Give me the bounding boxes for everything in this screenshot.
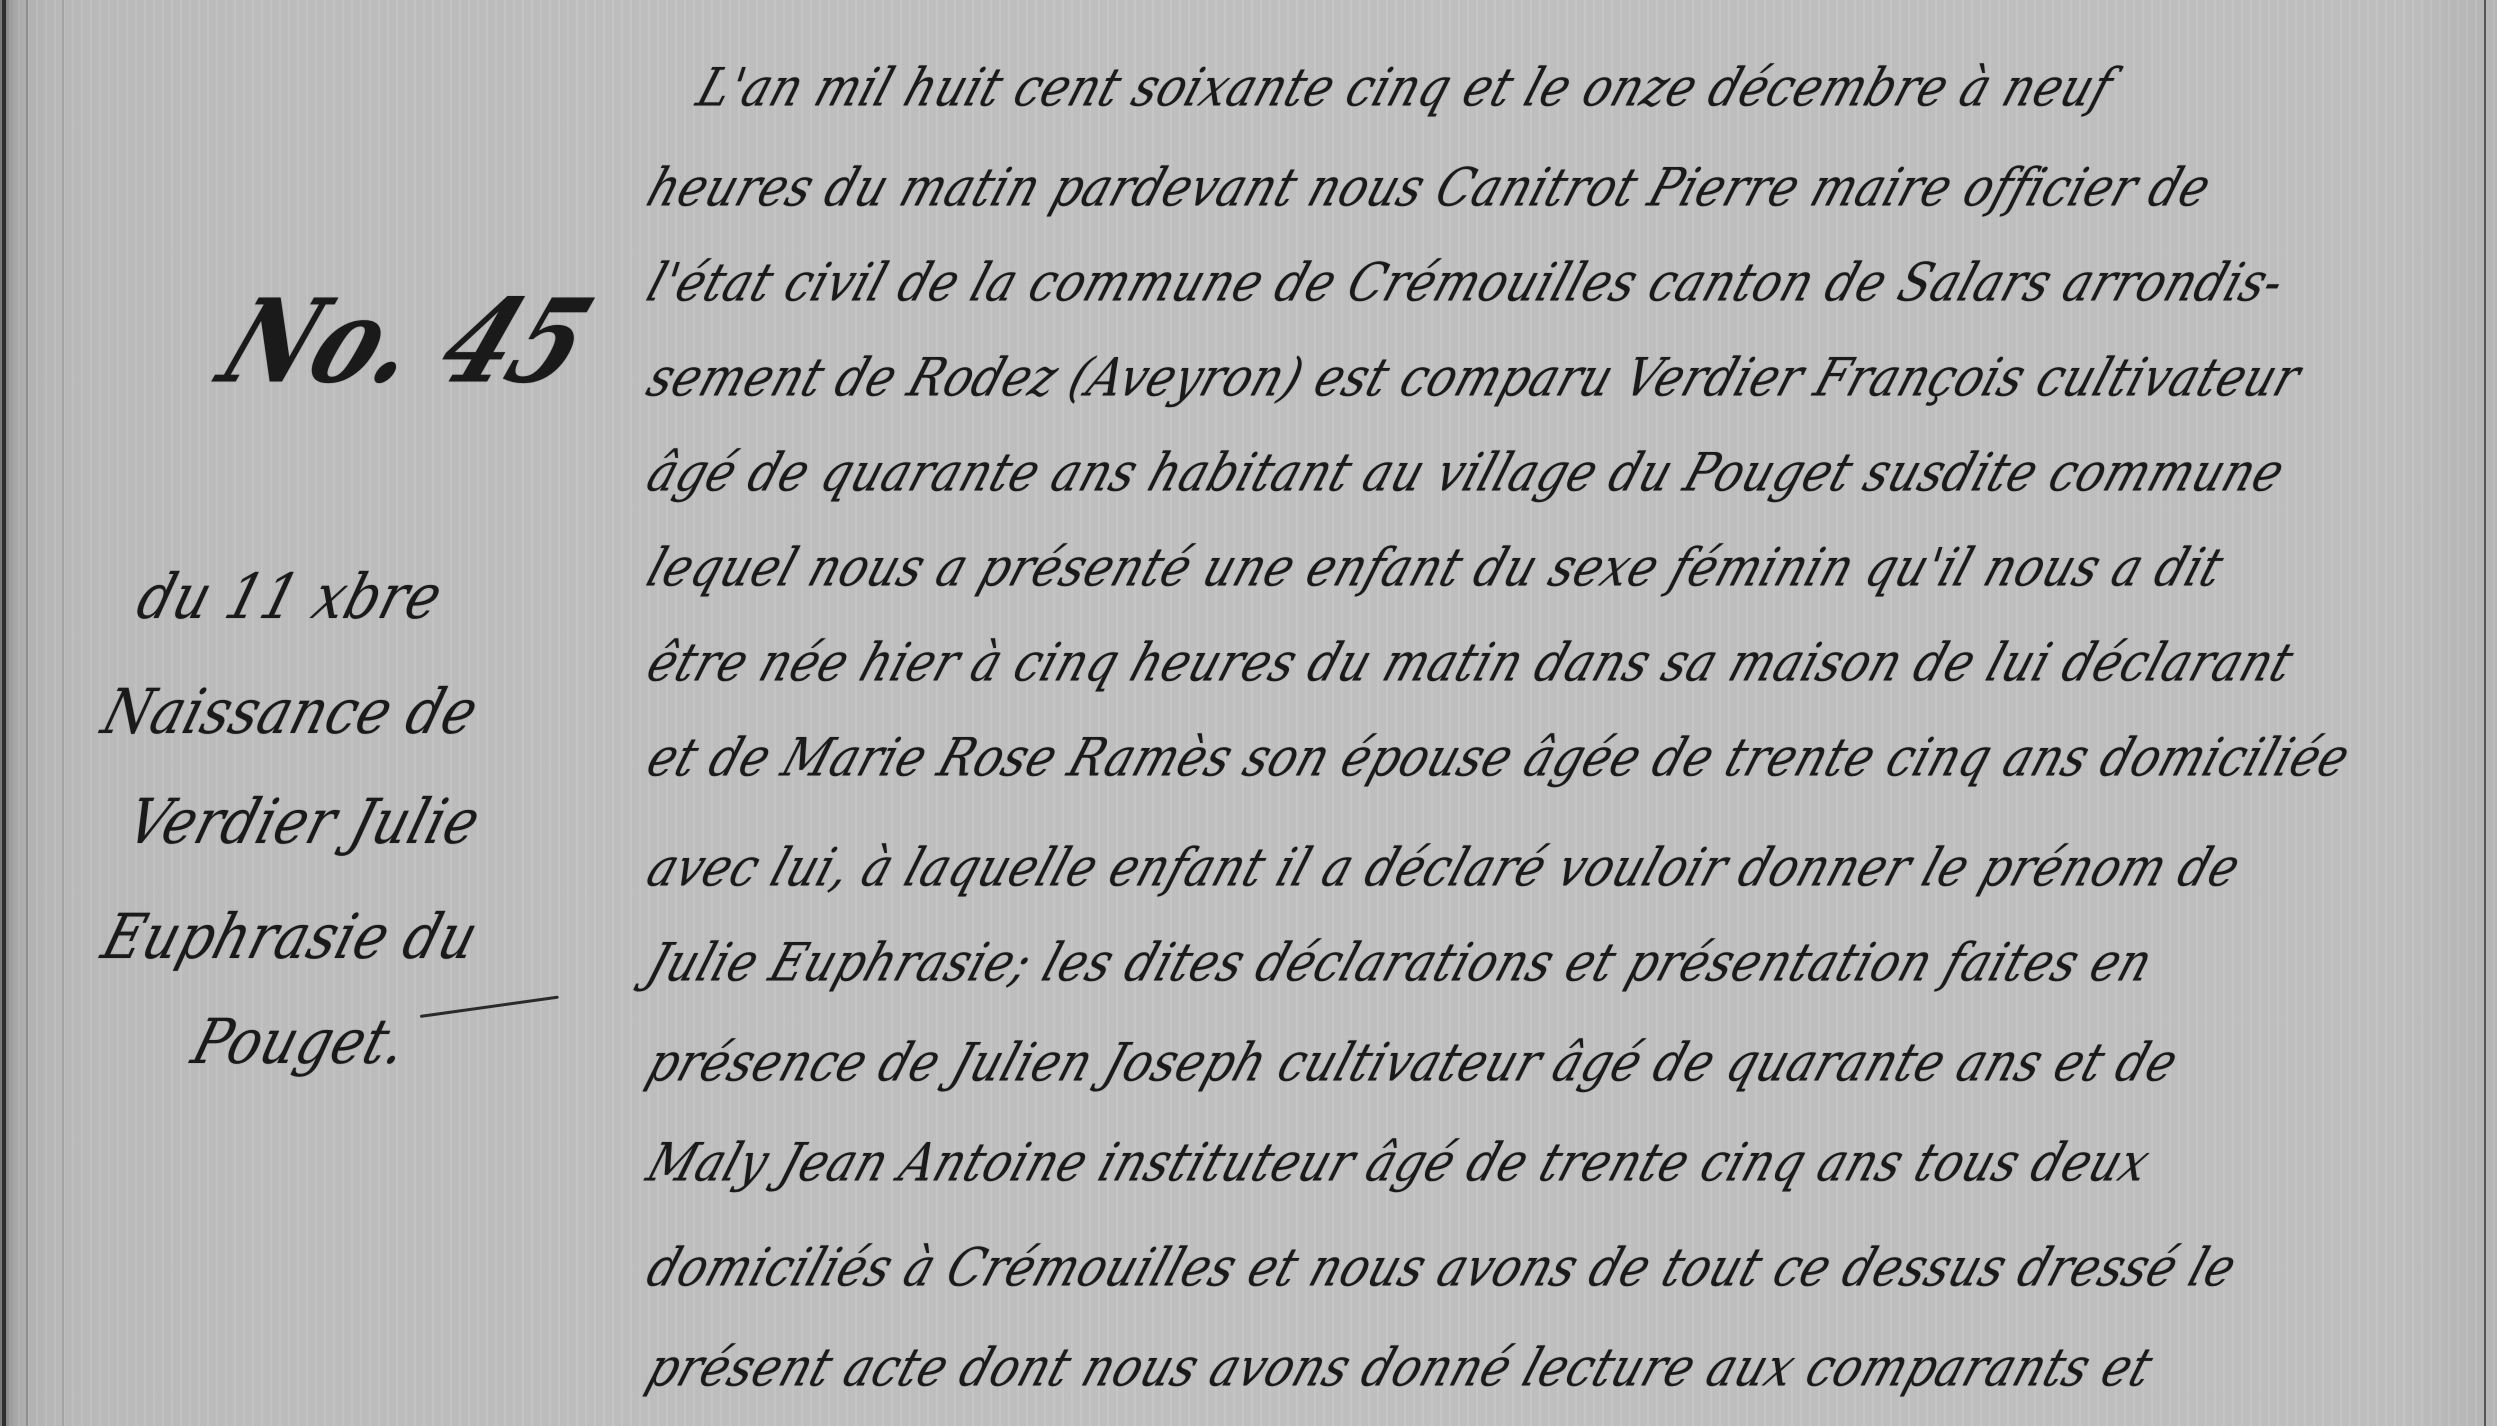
margin-fold-line bbox=[62, 0, 64, 1426]
scanned-register-page: No. 45 du 11 xbre Naissance de Verdier J… bbox=[0, 0, 2497, 1426]
body-line-10: Julie Euphrasie; les dites déclarations … bbox=[640, 931, 2161, 993]
body-line-9: avec lui, à laquelle enfant il a déclaré… bbox=[640, 836, 2248, 898]
margin-line-place: Pouget. bbox=[185, 1005, 416, 1077]
body-line-1: L'an mil huit cent soixante cinq et le o… bbox=[690, 56, 2121, 118]
body-line-3: l'état civil de la commune de Crémouille… bbox=[640, 251, 2292, 313]
page-binding-shadow bbox=[26, 0, 28, 1426]
margin-flourish bbox=[420, 996, 559, 1018]
body-line-7: être née hier à cinq heures du matin dan… bbox=[640, 631, 2302, 693]
margin-line-given-name: Euphrasie du bbox=[95, 900, 487, 972]
margin-line-title: Naissance de bbox=[95, 675, 487, 747]
page-binding-edge bbox=[2, 0, 6, 1426]
margin-line-surname: Verdier Julie bbox=[120, 785, 489, 857]
body-line-4: sement de Rodez (Aveyron) est comparu Ve… bbox=[640, 346, 2309, 408]
body-line-12: Maly Jean Antoine instituteur âgé de tre… bbox=[640, 1131, 2158, 1193]
body-line-14: présent acte dont nous avons donné lectu… bbox=[640, 1336, 2161, 1398]
body-line-5: âgé de quarante ans habitant au village … bbox=[640, 441, 2293, 503]
right-margin-rule bbox=[2484, 0, 2486, 1426]
body-line-11: présence de Julien Joseph cultivateur âg… bbox=[640, 1031, 2186, 1093]
margin-line-date: du 11 xbre bbox=[130, 560, 451, 632]
body-line-8: et de Marie Rose Ramès son épouse âgée d… bbox=[640, 726, 2358, 788]
body-line-13: domiciliés à Crémouilles et nous avons d… bbox=[640, 1236, 2245, 1298]
body-line-6: lequel nous a présenté une enfant du sex… bbox=[640, 536, 2232, 598]
body-line-2: heures du matin pardevant nous Canitrot … bbox=[640, 156, 2219, 218]
entry-number: No. 45 bbox=[203, 274, 611, 410]
